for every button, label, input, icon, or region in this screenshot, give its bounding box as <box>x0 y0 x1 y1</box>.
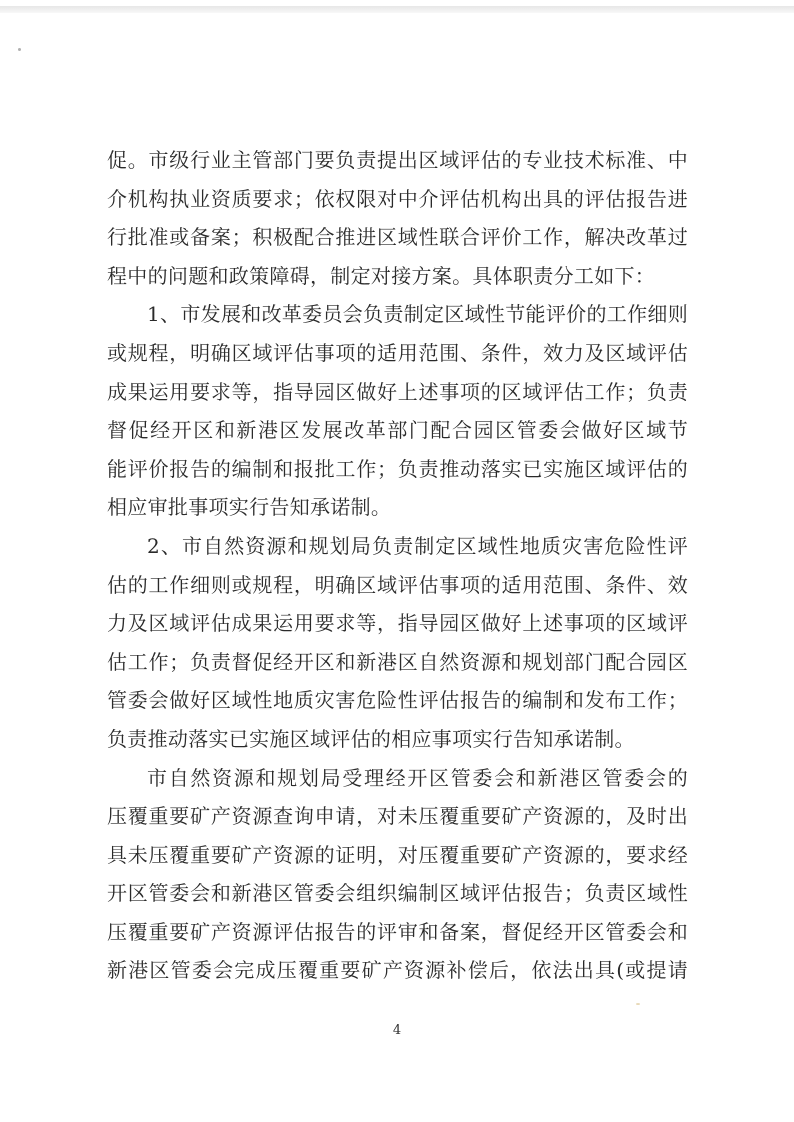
scan-speck <box>636 1003 640 1005</box>
text-line: 成果运用要求等，指导园区做好上述事项的区域评估工作；负责 <box>107 373 688 412</box>
text-line: 程中的问题和政策障碍，制定对接方案。具体职责分工如下： <box>107 257 688 296</box>
text-line: 新港区管委会完成压覆重要矿产资源补偿后，依法出具(或提请 <box>107 951 688 990</box>
text-line: 促。市级行业主管部门要负责提出区域评估的专业技术标准、中 <box>107 141 688 180</box>
text-line: 行批准或备案；积极配合推进区域性联合评价工作，解决改革过 <box>107 218 688 257</box>
document-body: 促。市级行业主管部门要负责提出区域评估的专业技术标准、中 介机构执业资质要求；依… <box>107 141 688 990</box>
scan-speck <box>18 48 21 51</box>
text-line: 市自然资源和规划局受理经开区管委会和新港区管委会的 <box>107 759 688 798</box>
text-line: 负责推动落实已实施区域评估的相应事项实行告知承诺制。 <box>107 720 688 759</box>
text-line: 估工作；负责督促经开区和新港区自然资源和规划部门配合园区 <box>107 643 688 682</box>
text-line: 相应审批事项实行告知承诺制。 <box>107 488 688 527</box>
text-line: 具未压覆重要矿产资源的证明，对压覆重要矿产资源的，要求经 <box>107 836 688 875</box>
text-line: 管委会做好区域性地质灾害危险性评估报告的编制和发布工作； <box>107 681 688 720</box>
text-line: 督促经开区和新港区发展改革部门配合园区管委会做好区域节 <box>107 411 688 450</box>
text-line: 压覆重要矿产资源评估报告的评审和备案，督促经开区管委会和 <box>107 913 688 952</box>
text-line: 1、市发展和改革委员会负责制定区域性节能评价的工作细则 <box>107 295 688 334</box>
page-number: 4 <box>0 1023 794 1038</box>
text-line: 开区管委会和新港区管委会组织编制区域评估报告；负责区域性 <box>107 874 688 913</box>
text-line: 2、市自然资源和规划局负责制定区域性地质灾害危险性评 <box>107 527 688 566</box>
scan-edge-artifact <box>0 6 794 13</box>
text-line: 介机构执业资质要求；依权限对中介评估机构出具的评估报告进 <box>107 180 688 219</box>
text-line: 压覆重要矿产资源查询申请，对未压覆重要矿产资源的，及时出 <box>107 797 688 836</box>
text-line: 估的工作细则或规程，明确区域评估事项的适用范围、条件、效 <box>107 566 688 605</box>
text-line: 或规程，明确区域评估事项的适用范围、条件，效力及区域评估 <box>107 334 688 373</box>
document-page: 促。市级行业主管部门要负责提出区域评估的专业技术标准、中 介机构执业资质要求；依… <box>0 0 794 1122</box>
text-line: 能评价报告的编制和报批工作；负责推动落实已实施区域评估的 <box>107 450 688 489</box>
text-line: 力及区域评估成果运用要求等，指导园区做好上述事项的区域评 <box>107 604 688 643</box>
